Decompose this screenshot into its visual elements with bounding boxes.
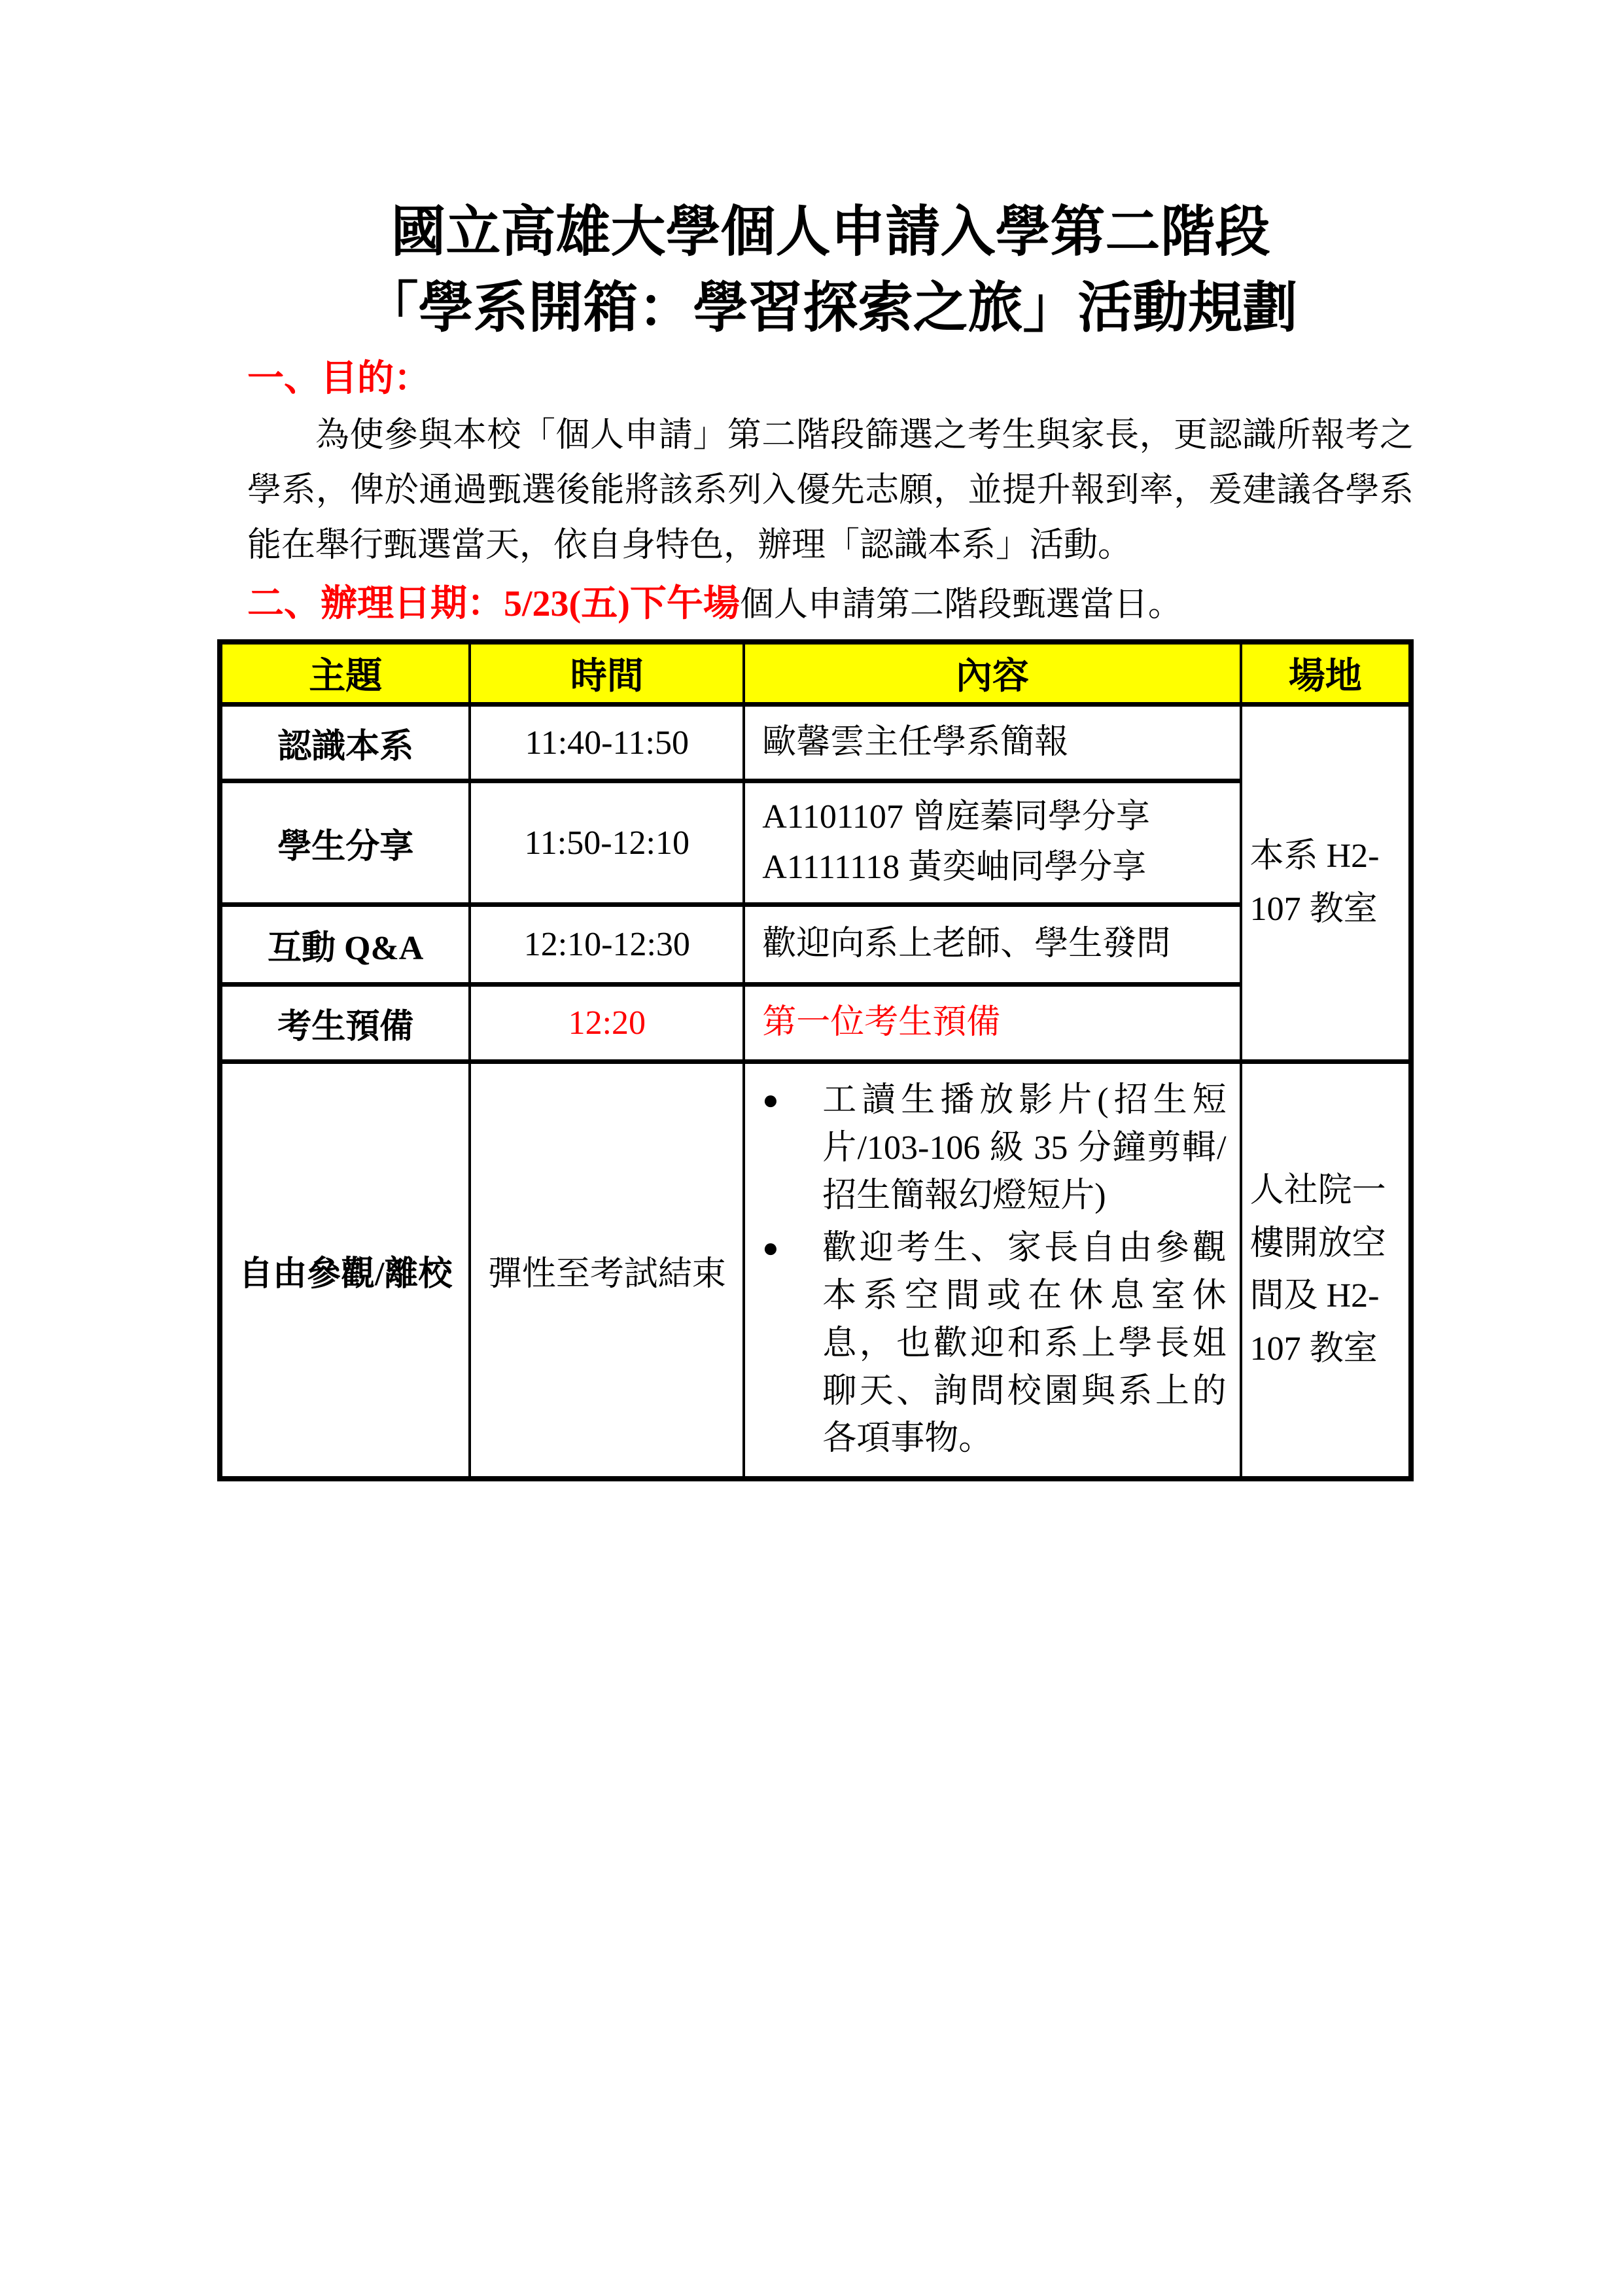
column-header-venue: 場地 — [1241, 642, 1411, 705]
table-row: 學生分享 11:50-12:10 A1101107 曾庭蓁同學分享 A11111… — [220, 781, 1411, 905]
schedule-heading-date: 二、辦理日期：5/23(五)下午場 — [247, 584, 740, 624]
table-row: 考生預備 12:20 第一位考生預備 — [220, 984, 1411, 1061]
schedule-heading-note: 個人申請第二階段甄選當日。 — [740, 586, 1182, 624]
bullet-item-1: ● 工讀生播放影片(招生短片/103-106 級 35 分鐘剪輯/招生簡報幻燈短… — [762, 1077, 1226, 1220]
content-cell-row2: A1101107 曾庭蓁同學分享 A1111118 黃奕岫同學分享 — [744, 781, 1240, 905]
title-line-1: 國立高雄大學個人申請入學第二階段 — [247, 195, 1414, 271]
title-line-2: 「學系開箱：學習探索之旅」活動規劃 — [247, 271, 1414, 347]
table-row: 自由參觀/離校 彈性至考試結束 ● 工讀生播放影片(招生短片/103-106 級… — [220, 1061, 1411, 1479]
table-row: 互動 Q&A 12:10-12:30 歡迎向系上老師、學生發問 — [220, 904, 1411, 984]
content-cell-row1: 歐馨雲主任學系簡報 — [744, 705, 1240, 781]
content-cell-row4: 第一位考生預備 — [744, 984, 1240, 1061]
topic-cell-row2: 學生分享 — [220, 781, 470, 905]
bullet-item-2: ● 歡迎考生、家長自由參觀本系空間或在休息室休息，也歡迎和系上學長姐聊天、詢問校… — [762, 1225, 1226, 1463]
column-header-time: 時間 — [470, 642, 744, 705]
time-cell-row3: 12:10-12:30 — [470, 904, 744, 984]
time-cell-row1: 11:40-11:50 — [470, 705, 744, 781]
venue-cell-rows1-4: 本系 H2-107 教室 — [1241, 705, 1411, 1062]
bullet-text-2: 歡迎考生、家長自由參觀本系空間或在休息室休息，也歡迎和系上學長姐聊天、詢問校園與… — [822, 1225, 1226, 1463]
topic-cell-row3: 互動 Q&A — [220, 904, 470, 984]
time-cell-row2: 11:50-12:10 — [470, 781, 744, 905]
student-share-line-2: A1111118 黃奕岫同學分享 — [762, 844, 1226, 892]
topic-cell-row4: 考生預備 — [220, 984, 470, 1061]
topic-cell-row5: 自由參觀/離校 — [220, 1061, 470, 1479]
student-share-line-1: A1101107 曾庭蓁同學分享 — [762, 794, 1226, 841]
bullet-icon: ● — [762, 1225, 822, 1273]
venue-cell-row5: 人社院一樓開放空間及 H2-107 教室 — [1241, 1061, 1411, 1479]
schedule-heading: 二、辦理日期：5/23(五)下午場個人申請第二階段甄選當日。 — [247, 580, 1414, 628]
column-header-content: 內容 — [744, 642, 1240, 705]
content-cell-row3: 歡迎向系上老師、學生發問 — [744, 904, 1240, 984]
bullet-icon: ● — [762, 1077, 822, 1125]
purpose-paragraph: 為使參與本校「個人申請」第二階段篩選之考生與家長，更認識所報考之學系，俾於通過甄… — [247, 408, 1414, 574]
table-row: 認識本系 11:40-11:50 歐馨雲主任學系簡報 本系 H2-107 教室 — [220, 705, 1411, 781]
content-cell-row5: ● 工讀生播放影片(招生短片/103-106 級 35 分鐘剪輯/招生簡報幻燈短… — [744, 1061, 1240, 1479]
topic-cell-row1: 認識本系 — [220, 705, 470, 781]
bullet-text-1: 工讀生播放影片(招生短片/103-106 級 35 分鐘剪輯/招生簡報幻燈短片) — [822, 1077, 1226, 1220]
column-header-topic: 主題 — [220, 642, 470, 705]
time-cell-row5: 彈性至考試結束 — [470, 1061, 744, 1479]
document-page: 國立高雄大學個人申請入學第二階段 「學系開箱：學習探索之旅」活動規劃 一、目的：… — [0, 0, 1623, 2296]
time-cell-row4: 12:20 — [470, 984, 744, 1061]
purpose-heading: 一、目的： — [247, 356, 1414, 402]
table-header-row: 主題 時間 內容 場地 — [220, 642, 1411, 705]
document-title: 國立高雄大學個人申請入學第二階段 「學系開箱：學習探索之旅」活動規劃 — [247, 195, 1414, 347]
schedule-table: 主題 時間 內容 場地 認識本系 11:40-11:50 歐馨雲主任學系簡報 本… — [217, 639, 1414, 1481]
